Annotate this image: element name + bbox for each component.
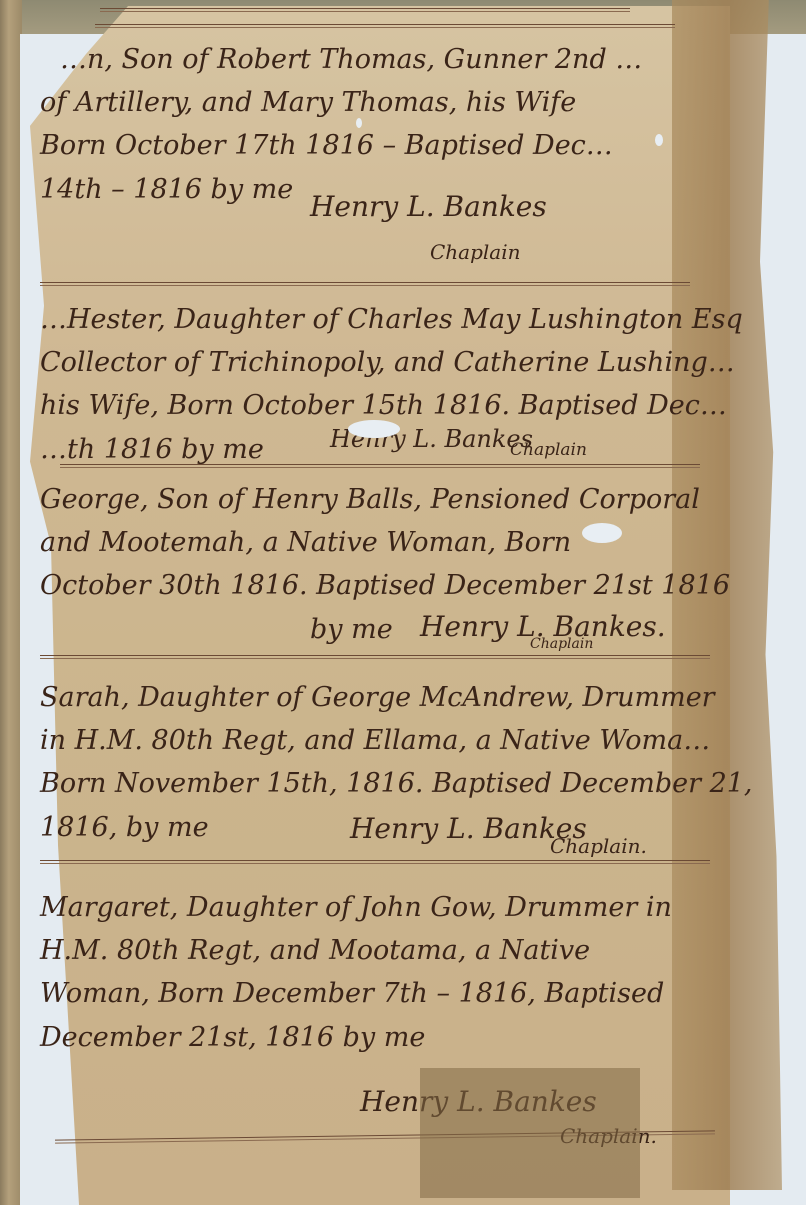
entry-line: December 21st, 1816 by me bbox=[40, 1016, 720, 1059]
entry-line: Collector of Trichinopoly, and Catherine… bbox=[40, 341, 720, 384]
entry-line: of Artillery, and Mary Thomas, his Wife bbox=[40, 81, 720, 124]
entry-line: Woman, Born December 7th – 1816, Baptise… bbox=[40, 972, 720, 1015]
entry-line: H.M. 80th Regt, and Mootama, a Native bbox=[40, 929, 720, 972]
rule-top-1 bbox=[100, 8, 630, 12]
paper-hole bbox=[356, 118, 362, 128]
wooden-surface-left bbox=[0, 0, 22, 1205]
paper-hole bbox=[348, 420, 400, 438]
register-entry-1: …n, Son of Robert Thomas, Gunner 2nd … o… bbox=[40, 38, 720, 211]
signature-title-1: Chaplain bbox=[430, 240, 521, 264]
signature-title-3: Chaplain bbox=[530, 636, 593, 652]
signature-title-2: Chaplain bbox=[510, 440, 587, 460]
paper-hole bbox=[655, 134, 663, 146]
paper-patch-repair bbox=[420, 1068, 640, 1198]
rule-entry-3 bbox=[40, 655, 710, 659]
entry-line: in H.M. 80th Regt, and Ellama, a Native … bbox=[40, 719, 720, 762]
entry-line: George, Son of Henry Balls, Pensioned Co… bbox=[40, 478, 720, 521]
paper-hole bbox=[582, 523, 622, 543]
register-entry-5: Margaret, Daughter of John Gow, Drummer … bbox=[40, 886, 720, 1059]
signature-title-4: Chaplain. bbox=[550, 834, 647, 858]
entry-line: October 30th 1816. Baptised December 21s… bbox=[40, 564, 720, 607]
rule-entry-1 bbox=[40, 282, 690, 286]
signature-1: Henry L. Bankes bbox=[310, 190, 547, 223]
entry-line: Born November 15th, 1816. Baptised Decem… bbox=[40, 762, 720, 805]
entry-line: …n, Son of Robert Thomas, Gunner 2nd … bbox=[40, 38, 720, 81]
entry-line: …Hester, Daughter of Charles May Lushing… bbox=[40, 298, 720, 341]
rule-top-2 bbox=[95, 24, 675, 28]
entry-line: Born October 17th 1816 – Baptised Dec… bbox=[40, 124, 720, 167]
rule-entry-4 bbox=[40, 860, 710, 864]
entry-line: Sarah, Daughter of George McAndrew, Drum… bbox=[40, 676, 720, 719]
entry-line: Margaret, Daughter of John Gow, Drummer … bbox=[40, 886, 720, 929]
